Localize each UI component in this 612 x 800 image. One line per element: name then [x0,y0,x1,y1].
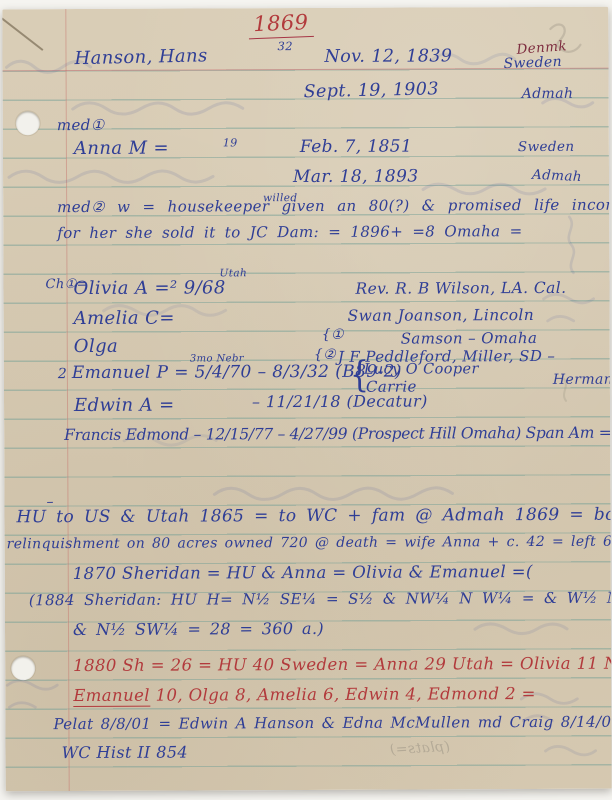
ruled-lines [3,55,612,786]
husband-origin: Sweden [503,55,562,72]
child-amelia-name: Amelia C= [74,310,175,329]
year-heading-text: 1869 [248,10,314,40]
plat-record-line: Pelat 8/8/01 = Edwin A Hanson & Edna McM… [53,715,611,733]
child-amelia-spouse: Swan Joanson, Lincoln [348,307,535,324]
year-heading: 1869 [248,11,314,36]
ref-number: 32 [277,40,292,52]
census-1880-line2-first-word: Emanuel [73,686,150,707]
olga-spouse1: Samson – Omaha [401,331,538,347]
husband-death-date: Sept. 19, 1903 [303,80,439,101]
marriage2-note-line2: for her she sold it to JC Dam: = 1896+ =… [57,224,522,242]
census-1880-line2-rest: 10, Olga 8, Amelia 6, Edwin 4, Edmond 2 … [150,684,536,705]
wife1-death-place: Admah [532,168,583,185]
marriage1-label: med① [57,118,105,134]
child-olivia-name: Olivia A =² 9/68 [73,279,225,299]
hole-punch-bottom [11,656,35,680]
wife1-birth-date: Feb. 7, 1851 [300,139,412,157]
land-note-line5: & N½ SW¼ = 28 = 360 a.) [73,621,324,639]
emanuel-wife1: Lucy O Cooper [364,362,479,378]
wife1-origin: Sweden [518,140,575,154]
wife1-name: Anna M = [74,140,169,159]
land-note-line2: relinquishment on 80 acres owned 720 @ d… [7,534,612,552]
emanuel-birth-superscript: 3mo Nebr [190,354,244,365]
child-olivia-spouse: Rev. R. B Wilson, LA. Cal. [355,280,566,297]
scanned-notebook-page: 1869 32 Hanson, Hans Nov. 12, 1839 Denmk… [0,0,612,800]
land-note-line3: 1870 Sheridan = HU & Anna = Olivia & Ema… [73,563,533,582]
wife1-death-date: Mar. 18, 1893 [293,169,419,187]
husband-death-place: Admah [522,87,574,102]
child-edwin-name: Edwin A = [74,397,175,416]
hole-punch-top [16,111,40,135]
bleed-through-pencil-note: (plats=) [389,740,450,758]
olga-marriage1-marker: {① [322,328,344,343]
child-olivia-place-superscript: Utah [219,268,247,279]
child-emanuel-index: 2 [58,367,67,382]
child-edwin-death: – 11/21/18 (Decatur) [252,393,428,411]
husband-name: Hanson, Hans [74,47,208,69]
land-note-line1: HU to US & Utah 1865 = to WC + fam @ Adm… [16,506,611,527]
paper-sheet: 1869 32 Hanson, Hans Nov. 12, 1839 Denmk… [2,7,611,792]
marriage2-correction-superscript: willed [263,193,297,204]
emanuel-side-note: Herman [553,373,612,388]
census-1880-line1: 1880 Sh = 26 = HU 40 Sweden = Anna 29 Ut… [73,654,612,674]
child-olga-name: Olga [74,338,118,357]
wife1-age-superscript: 19 [223,137,238,149]
land-note-line4: (1884 Sheridan: HU H= N½ SE¼ = S½ & NW¼ … [29,590,612,609]
marriage2-note-line1: med② w = housekeeper given an 80(?) & pr… [57,198,612,216]
child-francis-line: Francis Edmond – 12/15/77 – 4/27/99 (Pro… [64,425,611,444]
census-1880-line2: Emanuel 10, Olga 8, Amelia 6, Edwin 4, E… [73,685,536,704]
olga-marriage2-marker: {② [314,348,336,363]
source-citation: WC Hist II 854 [62,745,189,762]
corner-crease [2,17,43,50]
husband-birth-date: Nov. 12, 1839 [324,47,452,66]
